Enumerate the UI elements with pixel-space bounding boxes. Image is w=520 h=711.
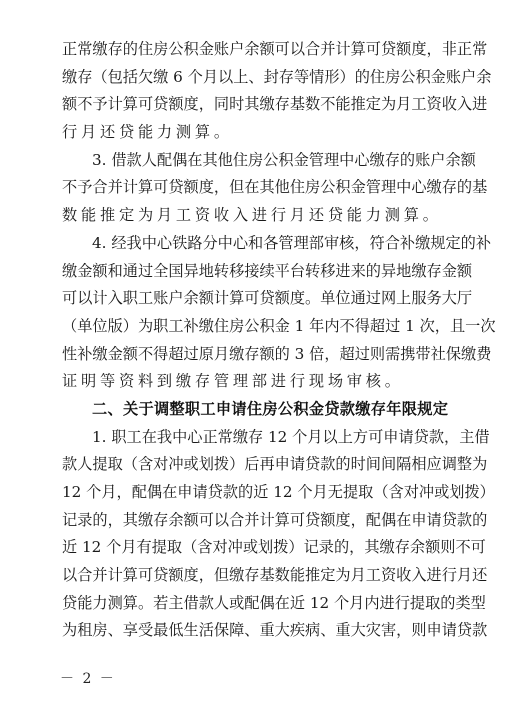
text-line: 缴存（包括欠缴 6 个月以上、封存等情形）的住房公积金账户余: [62, 64, 460, 92]
document-page: 正常缴存的住房公积金账户余额可以合并计算可贷额度，非正常 缴存（包括欠缴 6 个…: [62, 36, 460, 645]
text-line: 性补缴金额不得超过原月缴存额的 3 倍，超过则需携带社保缴费: [62, 341, 460, 369]
paragraph-item-4: 4. 经我中心铁路分中心和各管理部审核，符合补缴规定的补 缴金额和通过全国异地转…: [62, 230, 460, 396]
text-line: 款人提取（含对冲或划拨）后再申请贷款的时间间隔相应调整为: [62, 451, 460, 479]
text-line: 正常缴存的住房公积金账户余额可以合并计算可贷额度，非正常: [62, 36, 460, 64]
text-line: 数能推定为月工资收入进行月还贷能力测算。: [62, 202, 460, 230]
paragraph-section2-item-1: 1. 职工在我中心正常缴存 12 个月以上方可申请贷款，主借 款人提取（含对冲或…: [62, 424, 460, 646]
text-line: 贷能力测算。若主借款人或配偶在近 12 个月内进行提取的类型: [62, 590, 460, 618]
section-heading: 二、关于调整职工申请住房公积金贷款缴存年限规定: [62, 396, 460, 424]
text-line: 近 12 个月有提取（含对冲或划拨）记录的，其缴存余额则不可: [62, 534, 460, 562]
paragraph-item-3: 3. 借款人配偶在其他住房公积金管理中心缴存的账户余额 不予合并计算可贷额度，但…: [62, 147, 460, 230]
text-line: 不予合并计算可贷额度，但在其他住房公积金管理中心缴存的基: [62, 174, 460, 202]
text-line: 证明等资料到缴存管理部进行现场审核。: [62, 368, 460, 396]
text-line: 12 个月，配偶在申请贷款的近 12 个月无提取（含对冲或划拨）: [62, 479, 460, 507]
text-line: 行月还贷能力测算。: [62, 119, 460, 147]
text-line: 可以计入职工账户余额计算可贷额度。单位通过网上服务大厅: [62, 285, 460, 313]
page-number: － 2 －: [60, 668, 116, 688]
text-line: 1. 职工在我中心正常缴存 12 个月以上方可申请贷款，主借: [62, 424, 460, 452]
text-line: 缴金额和通过全国异地转移接续平台转移进来的异地缴存金额: [62, 258, 460, 286]
text-line: 为租房、享受最低生活保障、重大疾病、重大灾害，则申请贷款: [62, 617, 460, 645]
text-line: 以合并计算可贷额度，但缴存基数能推定为月工资收入进行月还: [62, 562, 460, 590]
text-line: 额不予计算可贷额度，同时其缴存基数不能推定为月工资收入进: [62, 91, 460, 119]
text-line: 3. 借款人配偶在其他住房公积金管理中心缴存的账户余额: [62, 147, 460, 175]
paragraph-continuation: 正常缴存的住房公积金账户余额可以合并计算可贷额度，非正常 缴存（包括欠缴 6 个…: [62, 36, 460, 147]
text-line: 4. 经我中心铁路分中心和各管理部审核，符合补缴规定的补: [62, 230, 460, 258]
heading-text: 二、关于调整职工申请住房公积金贷款缴存年限规定: [62, 396, 460, 424]
text-line: 记录的，其缴存余额可以合并计算可贷额度，配偶在申请贷款的: [62, 507, 460, 535]
text-line: （单位版）为职工补缴住房公积金 1 年内不得超过 1 次，且一次: [62, 313, 460, 341]
